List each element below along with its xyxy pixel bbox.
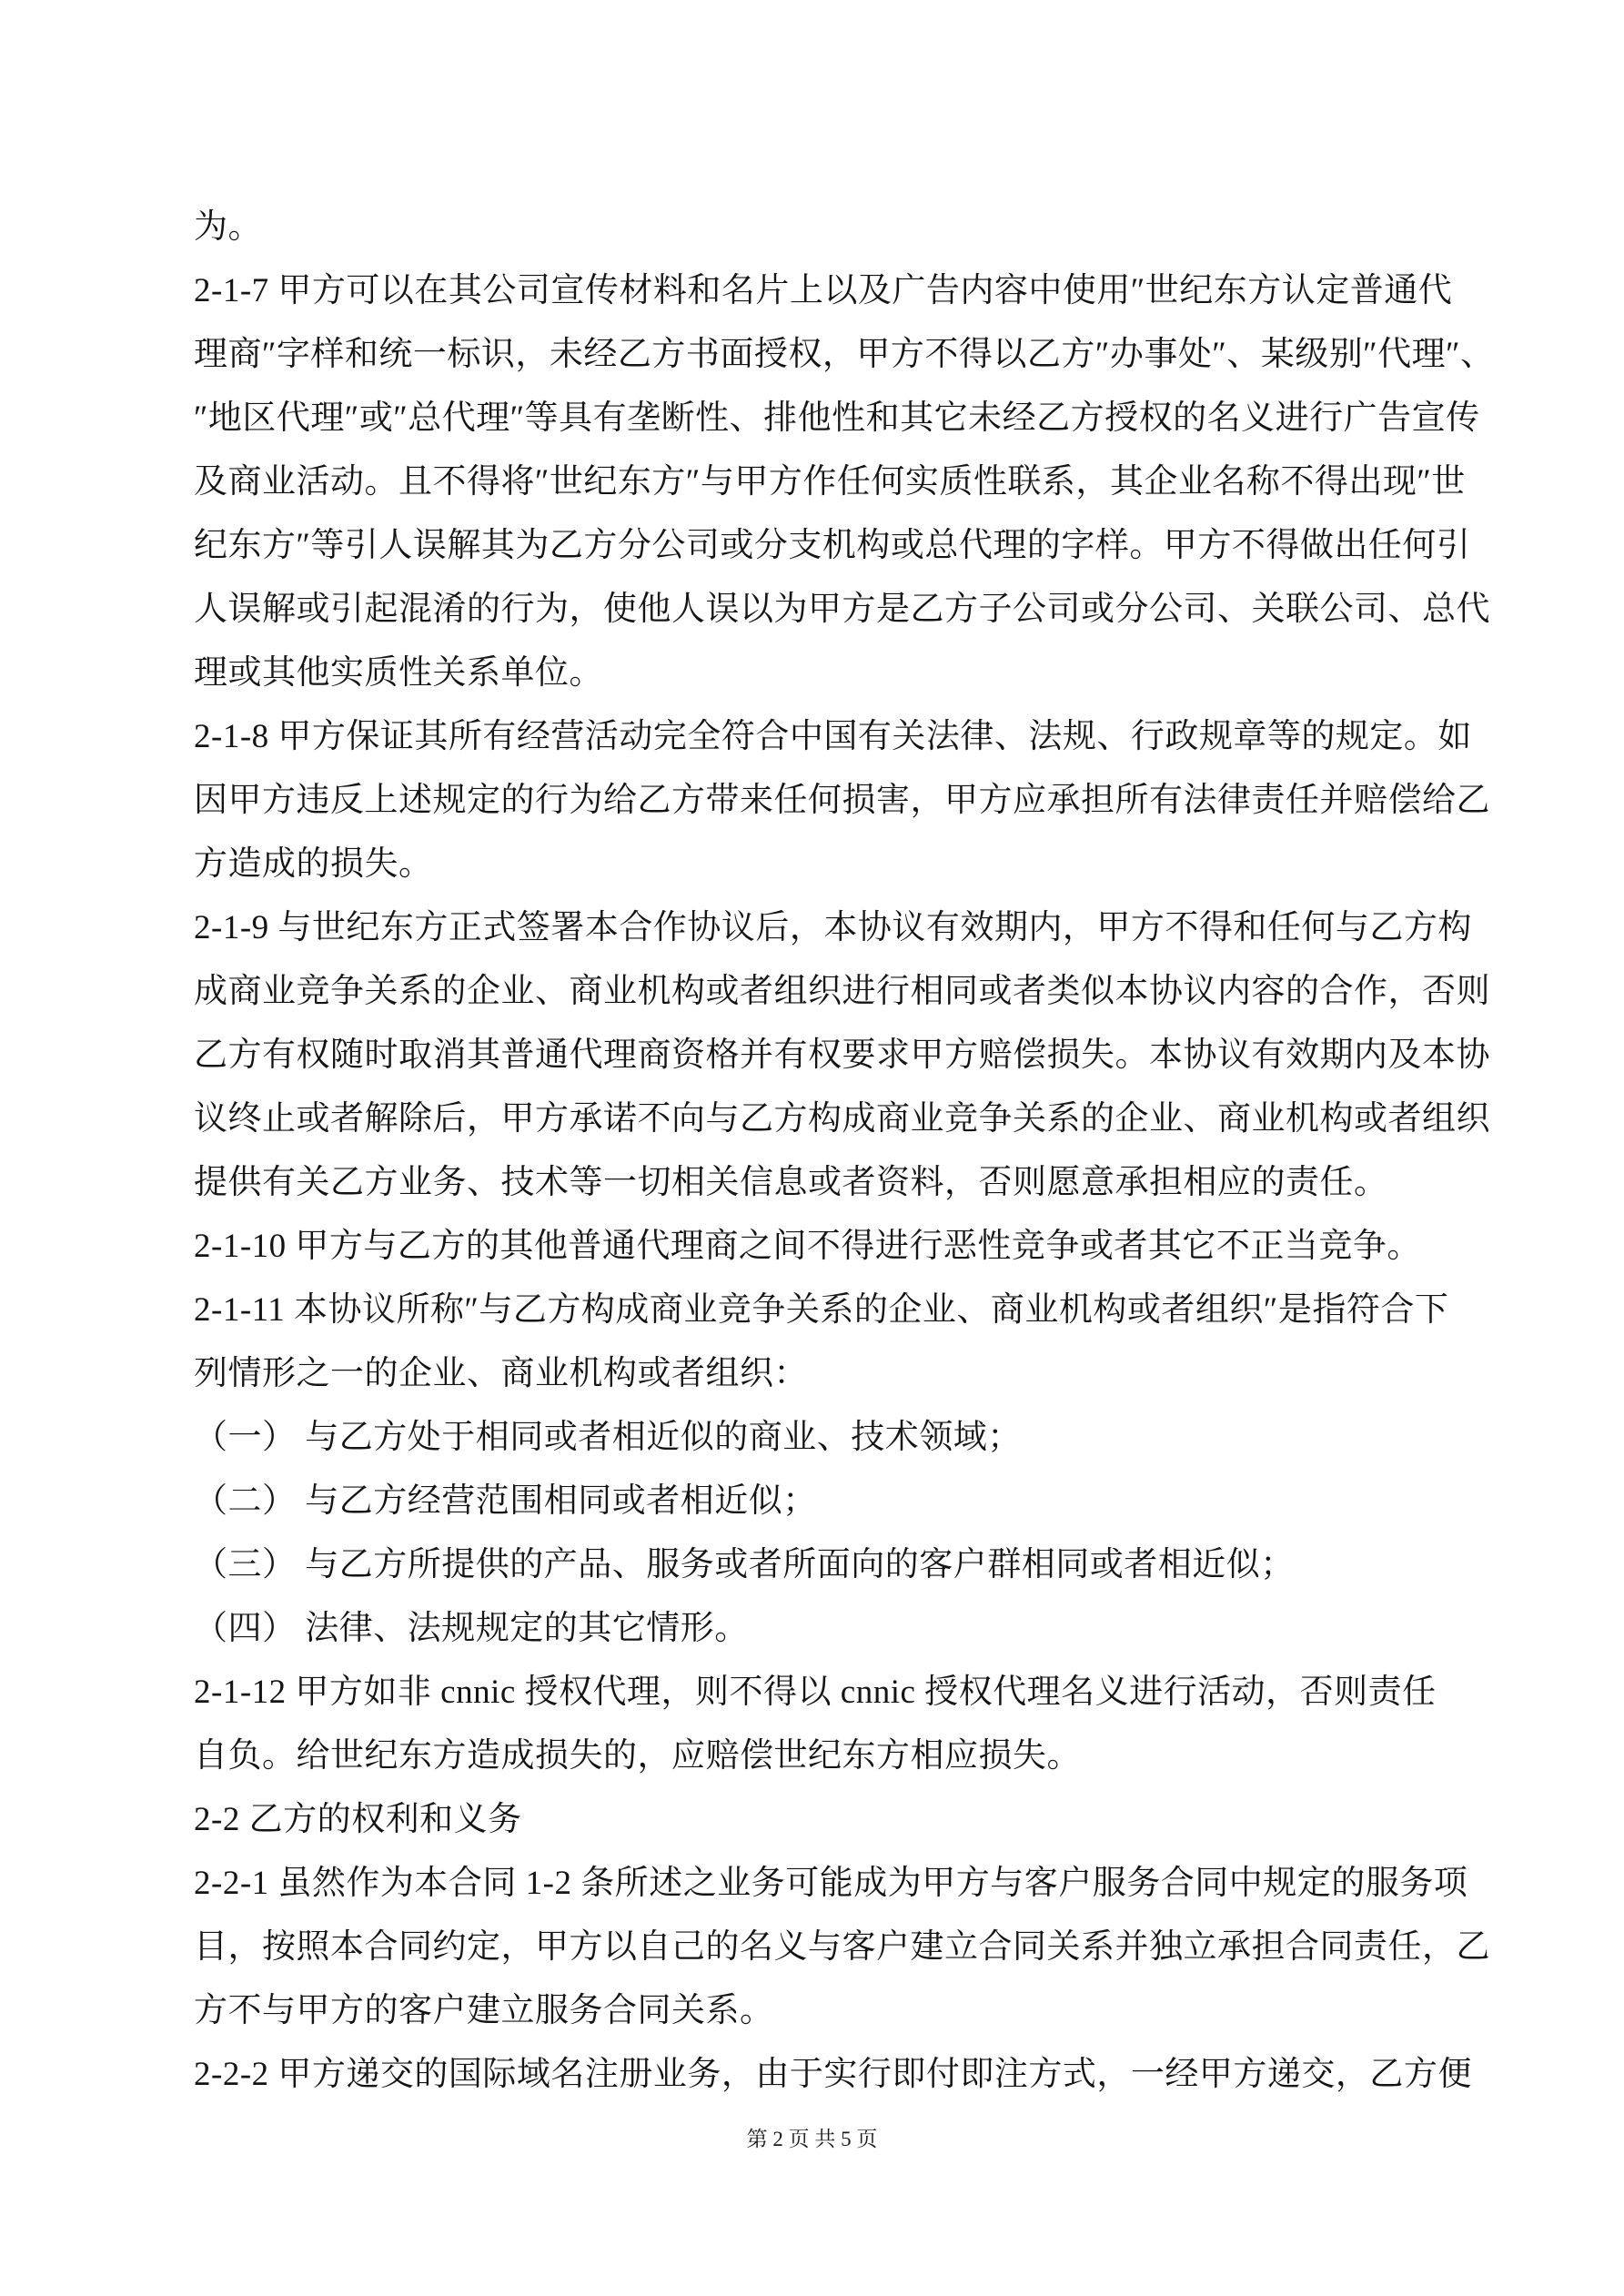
text-line: 提供有关乙方业务、技术等一切相关信息或者资料，否则愿意承担相应的责任。: [194, 1151, 1449, 1215]
text-line: 2-2-1 虽然作为本合同 1-2 条所述之业务可能成为甲方与客户服务合同中规定…: [194, 1852, 1449, 1916]
text-line: 目，按照本合同约定，甲方以自己的名义与客户建立合同关系并独立承担合同责任，乙: [194, 1916, 1449, 1979]
text-line: 列情形之一的企业、商业机构或者组织：: [194, 1342, 1449, 1406]
document-page: 为。2-1-7 甲方可以在其公司宣传材料和名片上以及广告内容中使用″世纪东方认定…: [0, 0, 1624, 2296]
text-line: （一） 与乙方处于相同或者相近似的商业、技术领域；: [194, 1406, 1449, 1470]
text-line: 2-1-7 甲方可以在其公司宣传材料和名片上以及广告内容中使用″世纪东方认定普通…: [194, 259, 1449, 323]
page-number-label: 第 2 页 共 5 页: [747, 2128, 878, 2150]
text-line: 成商业竞争关系的企业、商业机构或者组织进行相同或者类似本协议内容的合作，否则: [194, 960, 1449, 1024]
text-line: 议终止或者解除后，甲方承诺不向与乙方构成商业竞争关系的企业、商业机构或者组织: [194, 1087, 1449, 1151]
text-line: 2-1-10 甲方与乙方的其他普通代理商之间不得进行恶性竞争或者其它不正当竞争。: [194, 1215, 1449, 1279]
text-line: 乙方有权随时取消其普通代理商资格并有权要求甲方赔偿损失。本协议有效期内及本协: [194, 1024, 1449, 1087]
text-line: 人误解或引起混淆的行为，使他人误以为甲方是乙方子公司或分公司、关联公司、总代: [194, 578, 1449, 642]
text-line: 理商″字样和统一标识，未经乙方书面授权，甲方不得以乙方″办事处″、某级别″代理″…: [194, 323, 1449, 387]
text-line: 2-2-2 甲方递交的国际域名注册业务，由于实行即付即注方式，一经甲方递交，乙方…: [194, 2043, 1449, 2107]
text-line: 自负。给世纪东方造成损失的，应赔偿世纪东方相应损失。: [194, 1725, 1449, 1788]
text-line: 纪东方″等引人误解其为乙方分公司或分支机构或总代理的字样。甲方不得做出任何引: [194, 514, 1449, 578]
text-line: 方不与甲方的客户建立服务合同关系。: [194, 1979, 1449, 2043]
text-line: 2-1-8 甲方保证其所有经营活动完全符合中国有关法律、法规、行政规章等的规定。…: [194, 705, 1449, 769]
page-footer: 第 2 页 共 5 页: [0, 2126, 1624, 2153]
text-line: （二） 与乙方经营范围相同或者相近似；: [194, 1470, 1449, 1533]
text-line: 因甲方违反上述规定的行为给乙方带来任何损害，甲方应承担所有法律责任并赔偿给乙: [194, 769, 1449, 833]
text-line: （四） 法律、法规规定的其它情形。: [194, 1597, 1449, 1661]
text-line: 及商业活动。且不得将″世纪东方″与甲方作任何实质性联系，其企业名称不得出现″世: [194, 450, 1449, 514]
text-line: 2-1-9 与世纪东方正式签署本合作协议后，本协议有效期内，甲方不得和任何与乙方…: [194, 896, 1449, 960]
text-line: 为。: [194, 196, 1449, 259]
text-line: ″地区代理″或″总代理″等具有垄断性、排他性和其它未经乙方授权的名义进行广告宣传: [194, 387, 1449, 450]
text-line: 方造成的损失。: [194, 833, 1449, 896]
contract-text-body: 为。2-1-7 甲方可以在其公司宣传材料和名片上以及广告内容中使用″世纪东方认定…: [194, 196, 1449, 2107]
text-line: 2-1-12 甲方如非 cnnic 授权代理，则不得以 cnnic 授权代理名义…: [194, 1661, 1449, 1725]
text-line: 理或其他实质性关系单位。: [194, 642, 1449, 705]
text-line: 2-1-11 本协议所称″与乙方构成商业竞争关系的企业、商业机构或者组织″是指符…: [194, 1279, 1449, 1342]
text-line: 2-2 乙方的权利和义务: [194, 1788, 1449, 1852]
text-line: （三） 与乙方所提供的产品、服务或者所面向的客户群相同或者相近似；: [194, 1533, 1449, 1597]
